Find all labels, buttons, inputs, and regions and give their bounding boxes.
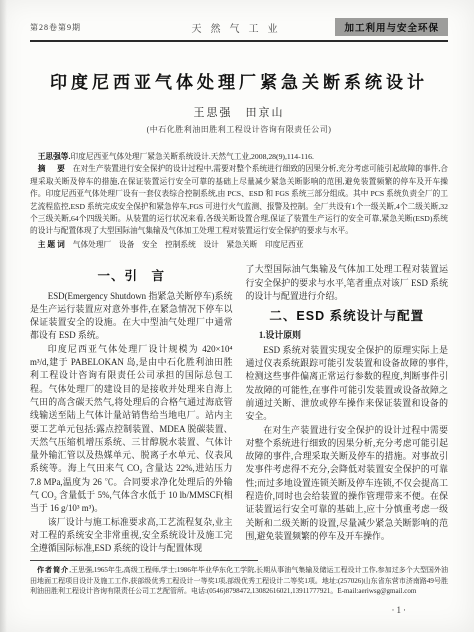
authors: 王思强 田京山 [30,104,448,120]
page-number: ·1· [30,605,448,615]
intro-paragraph-2: 印度尼西亚气体处理厂设计规模为 420×10⁴ m³/d,建于 PABELOKA… [30,343,233,516]
journal-page: 第28卷第9期 天然气工业 加工利用与安全环保 印度尼西亚气体处理厂紧急关断系统… [0,0,474,632]
author-bio-body: ,王思强,1965年生,高级工程师,学士;1986年毕业华东化工学院,长期从事油… [30,566,448,595]
abstract-block: 王思强等.印度尼西亚气体处理厂紧急关断系统设计.天然气工业,2008,28(9)… [30,151,448,251]
intro-paragraph-3: 该厂设计与施工标准要求高,工艺流程复杂,业主对工程的系统安全非常重视,安全系统设… [30,516,233,556]
column-tag-badge: 加工利用与安全环保 [335,18,448,36]
keywords-label: 主题词 [38,240,67,249]
footnote-rule [30,560,258,561]
citation-authors: 王思强等. [38,152,71,161]
journal-title: 天然气工业 [192,20,287,35]
design-paragraph-1: ESD 系统对装置实现安全保护的原理实际上是通过仪表系统跟踪可能引发装置和设备故… [246,344,449,424]
continued-paragraph: 了大型国际油气集输及气体加工处理工程对装置运行安全保护的要求与水平,笔者重点对该… [246,263,449,303]
section-heading-esd-design: 二、ESD 系统设计与配置 [246,310,449,323]
column-tag-wrap: 加工利用与安全环保 [287,18,449,36]
citation-line: 王思强等.印度尼西亚气体处理厂紧急关断系统设计.天然气工业,2008,28(9)… [30,151,448,163]
article-title: 印度尼西亚气体处理厂紧急关断系统设计 [30,68,448,93]
keywords-line: 主题词气体处理厂 设备 安全 控制系统 设计 紧急关断 印度尼西亚 [30,239,448,251]
author-bio-text: 作者简介,王思强,1965年生,高级工程师,学士;1986年毕业华东化工学院,长… [30,565,448,596]
abstract-text: 在对生产装置进行安全保护的设计过程中,需要对整个系统进行细致的因果分析,充分考虑… [30,164,448,235]
issue-label: 第28卷第9期 [30,22,192,33]
subsection-design-principles: 1.设计原则 [246,329,449,342]
page-header: 第28卷第9期 天然气工业 加工利用与安全环保 [30,18,448,36]
affiliation: (中石化胜利油田胜利工程设计咨询有限责任公司) [30,124,448,135]
abstract-paragraph: 摘 要在对生产装置进行安全保护的设计过程中,需要对整个系统进行细致的因果分析,充… [30,163,448,237]
section-heading-intro: 一、引 言 [30,270,233,283]
left-column: 一、引 言 ESD(Emergency Shutdown 指紧急关断停车)系统是… [30,263,233,555]
author-bio-label: 作者简介 [37,566,69,574]
header-rule [30,40,448,42]
keywords-text: 气体处理厂 设备 安全 控制系统 设计 紧急关断 印度尼西亚 [73,240,304,249]
citation-text: 印度尼西亚气体处理厂紧急关断系统设计.天然气工业,2008,28(9),114-… [70,152,314,161]
body-columns: 一、引 言 ESD(Emergency Shutdown 指紧急关断停车)系统是… [30,263,448,555]
intro-paragraph-1: ESD(Emergency Shutdown 指紧急关断停车)系统是生产运行装置… [30,290,233,343]
abstract-label: 摘 要 [38,164,67,173]
design-paragraph-2: 在对生产装置进行安全保护的设计过程中需要对整个系统进行细致的因果分析,充分考虑可… [246,424,449,544]
right-column: 了大型国际油气集输及气体加工处理工程对装置运行安全保护的要求与水平,笔者重点对该… [246,263,449,555]
author-bio-footnote: 作者简介,王思强,1965年生,高级工程师,学士;1986年毕业华东化工学院,长… [30,560,448,596]
